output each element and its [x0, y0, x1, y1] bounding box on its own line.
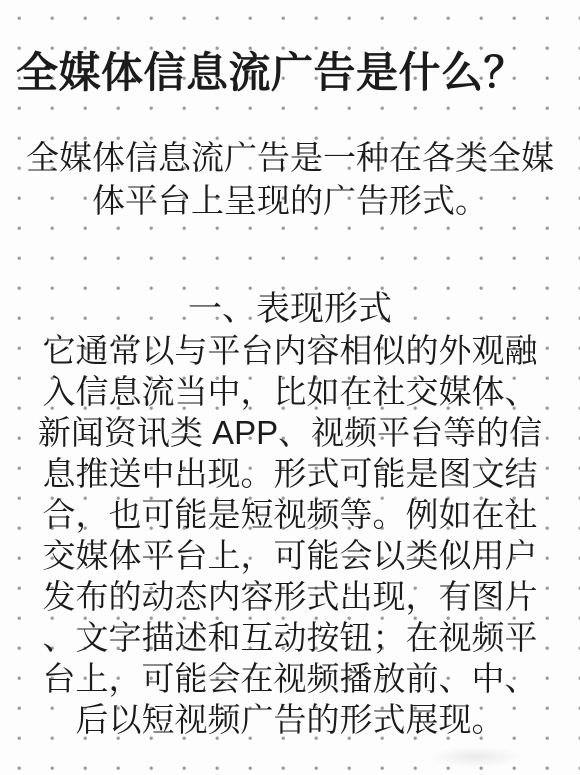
body-line: 新闻资讯类 APP、视频平台等的信 — [0, 412, 580, 453]
body-line: 交媒体平台上，可能会以类似用户 — [0, 535, 580, 576]
page-title: 全媒体信息流广告是什么？ — [0, 0, 580, 102]
body-line: 息推送中出现。形式可能是图文结 — [0, 453, 580, 494]
intro-line: 体平台上呈现的广告形式。 — [0, 179, 580, 222]
note-page: 全媒体信息流广告是什么？ 全媒体信息流广告是一种在各类全媒 体平台上呈现的广告形… — [0, 0, 580, 775]
paper-smudge — [428, 746, 524, 768]
intro-line: 全媒体信息流广告是一种在各类全媒 — [0, 136, 580, 179]
body-line: 入信息流当中，比如在社交媒体、 — [0, 371, 580, 412]
body-line: 合，也可能是短视频等。例如在社 — [0, 494, 580, 535]
body-line: 后以短视频广告的形式展现。 — [0, 699, 580, 740]
section-heading: 一、表现形式 — [0, 288, 580, 330]
body-line: 、文字描述和互动按钮；在视频平 — [0, 617, 580, 658]
intro-paragraph: 全媒体信息流广告是一种在各类全媒 体平台上呈现的广告形式。 — [0, 136, 580, 222]
body-line: 台上，可能会在视频播放前、中、 — [0, 658, 580, 699]
body-line: 发布的动态内容形式出现，有图片 — [0, 576, 580, 617]
section-body: 它通常以与平台内容相似的外观融 入信息流当中，比如在社交媒体、 新闻资讯类 AP… — [0, 330, 580, 740]
body-line: 它通常以与平台内容相似的外观融 — [0, 330, 580, 371]
